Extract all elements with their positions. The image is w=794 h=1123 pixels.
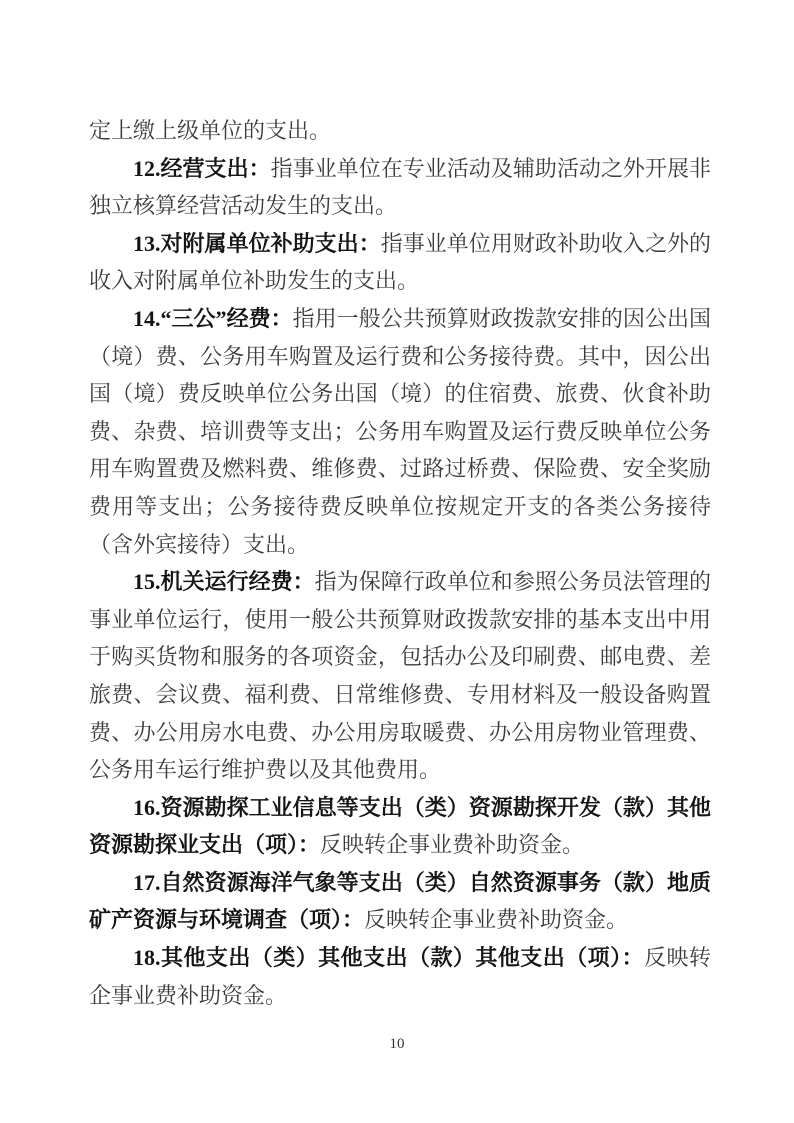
- paragraph: 15.机关运行经费：指为保障行政单位和参照公务员法管理的事业单位运行，使用一般公…: [89, 563, 711, 789]
- page-number: 10: [0, 1034, 794, 1054]
- paragraph: 17.自然资源海洋气象等支出（类）自然资源事务（款）地质矿产资源与环境调查（项）…: [89, 864, 711, 939]
- paragraph: 13.对附属单位补助支出：指事业单位用财政补助收入之外的收入对附属单位补助发生的…: [89, 225, 711, 300]
- term-label: 12.经营支出：: [133, 156, 271, 181]
- term-label: 14.“三公”经费：: [133, 306, 293, 331]
- paragraph: 18.其他支出（类）其他支出（款）其他支出（项）：反映转企事业费补助资金。: [89, 939, 711, 1014]
- term-definition: 反映转企事业费补助资金。: [320, 832, 584, 857]
- paragraph: 16.资源勘探工业信息等支出（类）资源勘探开发（款）其他资源勘探业支出（项）：反…: [89, 789, 711, 864]
- term-definition: 指为保障行政单位和参照公务员法管理的事业单位运行，使用一般公共预算财政拨款安排的…: [89, 569, 711, 782]
- term-label: 13.对附属单位补助支出：: [133, 231, 381, 256]
- term-definition: 反映转企事业费补助资金。: [364, 907, 628, 932]
- document-page: 定上缴上级单位的支出。12.经营支出：指事业单位在专业活动及辅助活动之外开展非独…: [0, 0, 794, 1123]
- term-label: 15.机关运行经费：: [133, 569, 315, 594]
- paragraph: 14.“三公”经费：指用一般公共预算财政拨款安排的因公出国（境）费、公务用车购置…: [89, 300, 711, 563]
- document-body: 定上缴上级单位的支出。12.经营支出：指事业单位在专业活动及辅助活动之外开展非独…: [89, 112, 711, 1014]
- term-definition: 定上缴上级单位的支出。: [89, 118, 331, 143]
- term-label: 18.其他支出（类）其他支出（款）其他支出（项）：: [133, 945, 644, 970]
- term-definition: 指用一般公共预算财政拨款安排的因公出国（境）费、公务用车购置及运行费和公务接待费…: [89, 306, 711, 557]
- paragraph: 12.经营支出：指事业单位在专业活动及辅助活动之外开展非独立核算经营活动发生的支…: [89, 150, 711, 225]
- paragraph: 定上缴上级单位的支出。: [89, 112, 711, 150]
